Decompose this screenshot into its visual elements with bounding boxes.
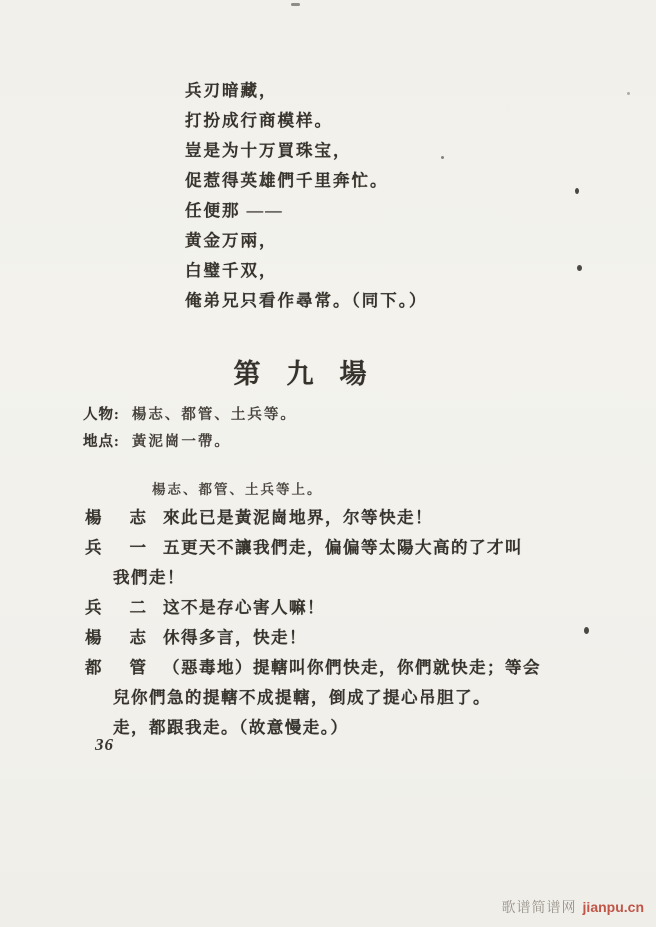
verse-line: 豈是为十万買珠宝， <box>185 136 428 166</box>
dialog-text: 这不是存心害人嘛！ <box>163 598 325 617</box>
dialog-text: 休得多言，快走！ <box>163 628 307 647</box>
dialog-line-continuation: 兒你們急的提轄不成提轄，倒成了提心吊胆了。 <box>113 683 585 713</box>
dialog-line: 楊志來此已是黃泥崗地界，尔等快走！ <box>85 503 585 533</box>
verse-line: 白璧千双， <box>185 256 428 286</box>
dialog-line: 兵一五更天不讓我們走，偏偏等太陽大高的了才叫 <box>85 533 585 563</box>
dialog-text: （惡毒地）提轄叫你們快走，你們就快走；等会 <box>163 658 541 677</box>
dialog-line: 都管（惡毒地）提轄叫你們快走，你們就快走；等会 <box>85 653 585 683</box>
verse-line: 促惹得英雄們千里奔忙。 <box>185 166 428 196</box>
location-line: 地点:黃泥崗一帶。 <box>83 429 297 456</box>
dialog-block: 楊志來此已是黃泥崗地界，尔等快走！ 兵一五更天不讓我們走，偏偏等太陽大高的了才叫… <box>85 503 585 743</box>
speaker-name: 楊志 <box>85 503 163 533</box>
characters-value: 楊志、都管、土兵等。 <box>132 407 297 423</box>
watermark: 歌谱简谱网jianpu.cn <box>502 897 644 917</box>
scan-artifact <box>627 92 630 95</box>
dialog-text: 五更天不讓我們走，偏偏等太陽大高的了才叫 <box>163 538 523 557</box>
speaker-name: 兵一 <box>85 533 163 563</box>
dialog-line-continuation: 我們走！ <box>113 563 585 593</box>
page-number: 36 <box>95 735 114 755</box>
verse-block: 兵刃暗藏， 打扮成行商模样。 豈是为十万買珠宝， 促惹得英雄們千里奔忙。 任便那… <box>185 76 428 316</box>
verse-line: 打扮成行商模样。 <box>185 106 428 136</box>
verse-line: 黄金万兩， <box>185 226 428 256</box>
dialog-text: 來此已是黃泥崗地界，尔等快走！ <box>163 508 433 527</box>
location-label: 地点: <box>83 434 120 450</box>
scan-artifact <box>575 188 579 194</box>
dialog-line: 兵二这不是存心害人嘛！ <box>85 593 585 623</box>
scan-artifact <box>291 3 300 6</box>
dialog-line-continuation: 走，都跟我走。（故意慢走。） <box>113 713 585 743</box>
dialog-text: 我們走！ <box>113 568 185 587</box>
speaker-name: 都管 <box>85 653 163 683</box>
scene-meta: 人物:楊志、都管、土兵等。 地点:黃泥崗一帶。 <box>83 402 297 456</box>
speaker-name: 兵二 <box>85 593 163 623</box>
verse-line: 俺弟兄只看作尋常。（同下。） <box>185 286 428 316</box>
scene-title: 第九場 <box>0 352 600 391</box>
scanned-book-page: 兵刃暗藏， 打扮成行商模样。 豈是为十万買珠宝， 促惹得英雄們千里奔忙。 任便那… <box>0 0 656 927</box>
scan-artifact <box>441 156 444 159</box>
verse-line: 兵刃暗藏， <box>185 76 428 106</box>
scan-artifact <box>577 265 582 271</box>
watermark-site-name: 歌谱简谱网 <box>502 899 577 915</box>
verse-line: 任便那 —— <box>185 196 428 226</box>
dialog-text: 走，都跟我走。（故意慢走。） <box>113 718 349 737</box>
speaker-name: 楊志 <box>85 623 163 653</box>
dialog-line: 楊志休得多言，快走！ <box>85 623 585 653</box>
watermark-site-url: jianpu.cn <box>583 899 644 915</box>
characters-label: 人物: <box>83 407 120 423</box>
scan-artifact <box>584 627 589 634</box>
characters-line: 人物:楊志、都管、土兵等。 <box>83 402 297 429</box>
location-value: 黃泥崗一帶。 <box>132 434 231 450</box>
dialog-text: 兒你們急的提轄不成提轄，倒成了提心吊胆了。 <box>113 688 491 707</box>
stage-direction: 楊志、都管、土兵等上。 <box>152 478 323 498</box>
